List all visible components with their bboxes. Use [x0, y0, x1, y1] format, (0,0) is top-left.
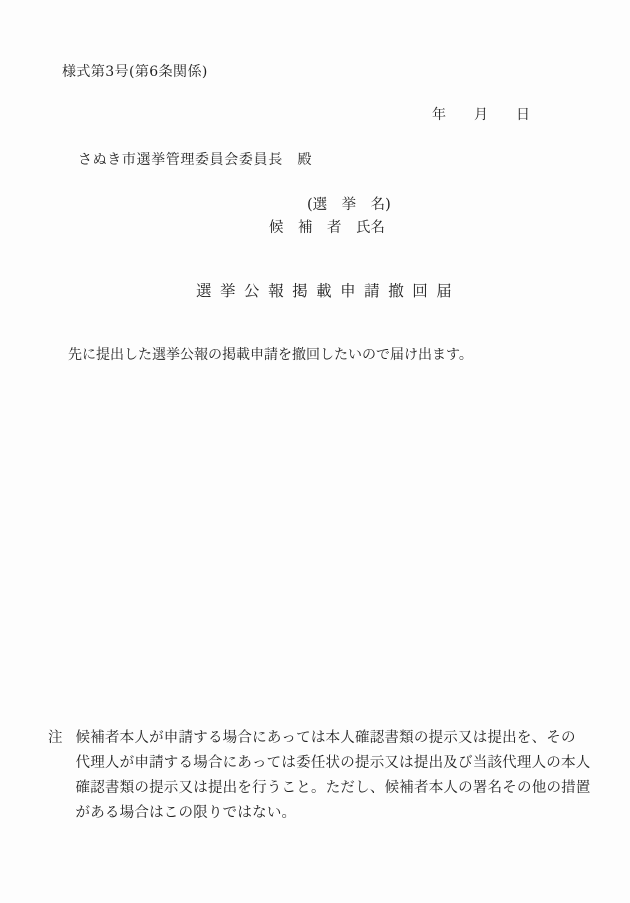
body-text: 先に提出した選挙公報の掲載申請を撤回したいので届け出ます。 [68, 346, 473, 364]
note-section: 注 候補者本人が申請する場合にあっては本人確認書類の提示又は提出を、その 代理人… [48, 726, 591, 826]
note-line: 代理人が申請する場合にあっては委任状の提示又は提出及び当該代理人の本人 [76, 751, 591, 776]
document-title: 選挙公報掲載申請撤回届 [196, 281, 460, 301]
note-lines: 候補者本人が申請する場合にあっては本人確認書類の提示又は提出を、その 代理人が申… [76, 726, 591, 826]
candidate-name-label: 候 補 者 氏名 [269, 219, 385, 237]
note-line: がある場合はこの限りではない。 [76, 801, 591, 826]
note-line: 候補者本人が申請する場合にあっては本人確認書類の提示又は提出を、その [76, 726, 591, 751]
form-number-label: 様式第3号(第6条関係) [62, 63, 208, 81]
note-line: 確認書類の提示又は提出を行うこと。ただし、候補者本人の署名その他の措置 [76, 776, 591, 801]
addressee-line: さぬき市選挙管理委員会委員長 殿 [78, 151, 312, 169]
election-name-label: (選 挙 名) [307, 196, 391, 214]
note-marker: 注 [48, 726, 63, 751]
document-page: 様式第3号(第6条関係) 年 月 日 さぬき市選挙管理委員会委員長 殿 (選 挙… [0, 0, 630, 903]
date-line: 年 月 日 [432, 106, 530, 124]
